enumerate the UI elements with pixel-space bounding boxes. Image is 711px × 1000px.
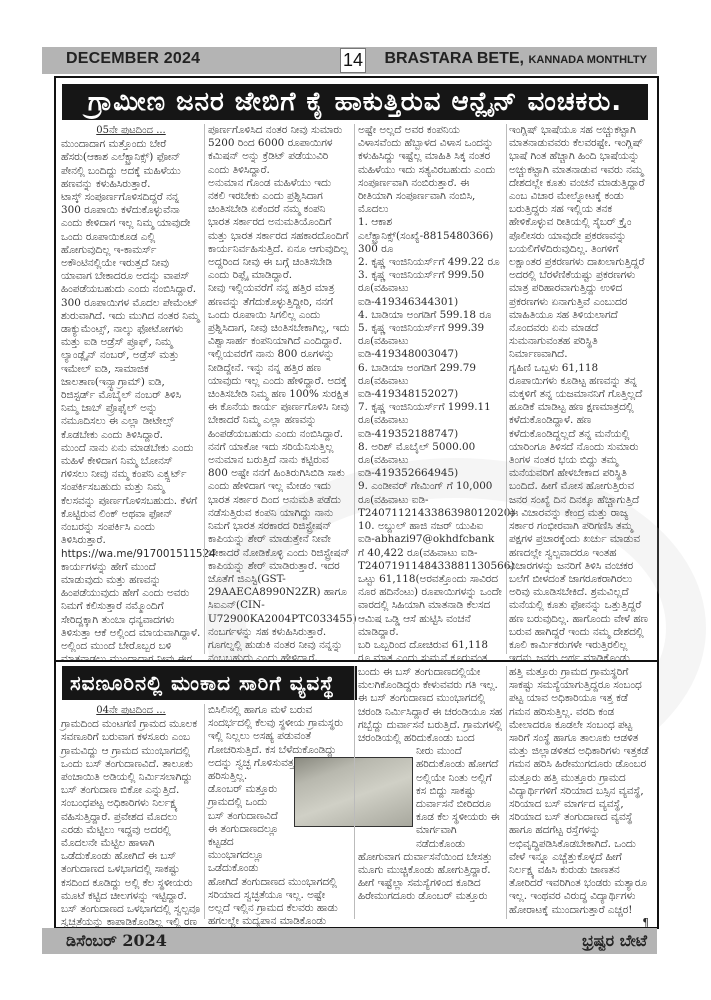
page-footer: ಡಿಸೆಂಬರ್ 2024 ಭ್ರಷ್ಟರ ಬೇಟೆ [42, 928, 657, 954]
paragraph: ಅಷ್ಟೇ ಅಲ್ಲದೆ ಅವರ ಕಂಪನಿಯ ವಿಳಾಸವೆಂದು ಹೆಬ್ಬ… [358, 124, 503, 216]
article-online-fraud: ಗ್ರಾಮೀಣ ಜನರ ಜೇಬಿಗೆ ಕೈ ಹಾಕುತ್ತಿರುವ ಆನ್ಲೈನ… [54, 76, 659, 663]
article-column-1: 04ನೇ ಪುಟದಿಂದ ... ಗ್ರಾಮದಿಂದ ಮಂಟಗಣಿ ಗ್ರಾಮದ… [61, 704, 201, 929]
paragraph: ಹೋಗುವಾಗ ದುರ್ವಾಸನೆಯಿಂದ ಬೇಸತ್ತು ಮೂಗು ಮುಚ್ಚ… [358, 851, 503, 904]
column-divider [506, 124, 507, 654]
continued-from-label: 04ನೇ ಪುಟದಿಂದ ... [61, 704, 201, 717]
paragraph: ಒಟ್ಟು 61,118(ಅರವತ್ತೊಂದು ಸಾವಿರದ ನೂರ ಹದಿನೆ… [358, 573, 503, 639]
publication-name: BRASTARA BETE, [384, 50, 524, 67]
whatsapp-link[interactable]: https://wa.me/917001511524 [61, 548, 201, 561]
article-headline: ಸವಣೂರಿನಲ್ಲಿ ಮಂಕಾದ ಸಾರಿಗೆ ವ್ಯವಸ್ಥೆ [62, 666, 357, 700]
paragraph: ನೀರು ಮುಂದೆ ಹರಿದುಕೊಂಡು ಹೋಗದೆ ಅಲ್ಲಿಯೇ ನಿಂತ… [416, 745, 503, 851]
column-divider [204, 124, 205, 654]
payment-item: 2. ಕೃಷ್ಣ ಇಂಜಿನಿಯರ್ಸ್‌ಗೆ 499.22 ರೂ [358, 256, 503, 269]
paragraph: ಹೋಗಿದೆ ತಂಗುದಾಣದ ಮುಂಭಾಗದಲ್ಲಿ ಸರಿಯಾದ ಸ್ವಚ್… [208, 876, 350, 929]
paragraph: ಮುಂದಾದಾಗ ಮತ್ತೊಂದು ಬೇರೆ ಹೆಸರು(ಆಕಾಶ ಎಲೆಕ್ಟ… [61, 138, 201, 191]
article-headline: ಗ್ರಾಮೀಣ ಜನರ ಜೇಬಿಗೆ ಕೈ ಹಾಕುತ್ತಿರುವ ಆನ್ಲೈನ… [62, 84, 648, 120]
article-column-4: ಹತ್ತಿ ಮತ್ತೂರು ಗ್ರಾಮದ ಗ್ರಾಮಸ್ಥರಿಗೆ ಸಾಕಷ್ಟ… [509, 666, 649, 930]
column-divider [204, 704, 205, 919]
continued-from-label: 05ನೇ ಪುಟದಿಂದ ... [61, 124, 201, 137]
article-column-4: ಇಂಗ್ಲಿಷ್ ಭಾಷೆಯೂ ಸಹ ಅಚ್ಚುಕಟ್ಟಾಗಿ ಮಾತನಾಡುವ… [509, 124, 649, 705]
column-divider [354, 666, 355, 919]
paragraph: ನನಗೆ ಯಾಕೋ ಇದು ಸರಿಯೆನಿಸುತ್ತಿಲ್ಲ ಅನುಮಾನ ಬರ… [208, 441, 350, 665]
page-header: DECEMBER 2024 14 BRASTARA BETE, KANNADA … [42, 47, 657, 74]
payment-item: 4. ಬಾಡಿಯಾ ಅಂಗಡಿಗೆ 599.18 ರೂ [358, 309, 503, 322]
paragraph: ಅನುಮಾನ ಗೊಂಡ ಮಹಿಳೆಯು ಇದು ನಕಲಿ ಇರಬೇಕು ಎಂದು… [208, 177, 350, 283]
payment-item: 3. ಕೃಷ್ಣ ಇಂಜಿನಿಯರ್ಸ್‌ಗೆ 999.50 ರೂ(ವಹಿವಾಟ… [358, 269, 503, 309]
paragraph: ಇಂಗ್ಲಿಷ್ ಭಾಷೆಯೂ ಸಹ ಅಚ್ಚುಕಟ್ಟಾಗಿ ಮಾತನಾಡುವ… [509, 124, 649, 362]
payment-item: 9. ಎಂಡೀವರ್ ಗೇಮಿಂಗ್ ಗೆ 10,000 ರೂ(ವಹಿವಾಟು … [358, 480, 503, 520]
article-savanur-transport: ಸವಣೂರಿನಲ್ಲಿ ಮಂಕಾದ ಸಾರಿಗೆ ವ್ಯವಸ್ಥೆ 04ನೇ ಪ… [54, 660, 659, 929]
paragraph: ಪೂರ್ಣಗೊಳಿಸಿದ ನಂತರ ನೀವು ಸುಮಾರು 5200 ರಿಂದ … [208, 124, 350, 177]
paragraph: ಮುಂದೆ ನಾನು ಏನು ಮಾಡಬೇಕು ಎಂದು ಮಹಿಳೆ ಕೇಳಿದಾ… [61, 442, 201, 548]
paragraph: ಗ್ರಾಮದಿಂದ ಮಂಟಗಣಿ ಗ್ರಾಮದ ಮೂಲಕ ಸವಣೂರಿಗೆ ಬರ… [61, 718, 201, 929]
paragraph: ಹತ್ತಿ ಮತ್ತೂರು ಗ್ರಾಮದ ಗ್ರಾಮಸ್ಥರಿಗೆ ಸಾಕಷ್ಟ… [509, 666, 649, 917]
paragraph: ಬಂದು ಈ ಬಸ್ ತಂಗುದಾಣದಲ್ಲಿಯೇ ಮಲಗಿಕೊಂಡಿದ್ದರು… [358, 666, 503, 745]
payment-item: 8. ಅರಿಶ್ ಮೊಬೈಲ್ 5000.00 ರೂ(ವಹಿವಾಟು ಐಡಿ-4… [358, 441, 503, 481]
page-number: 14 [340, 48, 366, 73]
payment-item: 10. ಅಬ್ದುಲ್ ಹಾಜಿ ನಜರ್ ಯುಪಿಐ ಐಡಿ-abhazi97… [358, 520, 503, 573]
column-divider [506, 666, 507, 919]
article-column-3: ಬಂದು ಈ ಬಸ್ ತಂಗುದಾಣದಲ್ಲಿಯೇ ಮಲಗಿಕೊಂಡಿದ್ದರು… [358, 666, 503, 904]
footer-date: ಡಿಸೆಂಬರ್ 2024 [66, 931, 167, 951]
footer-publication: ಭ್ರಷ್ಟರ ಬೇಟೆ [582, 931, 647, 951]
column-divider [354, 124, 355, 654]
payment-item: 5. ಕೃಷ್ಣ ಇಂಜಿನಿಯರ್ಸ್‌ಗೆ 999.39 ರೂ(ವಹಿವಾಟ… [358, 322, 503, 362]
paragraph: ಕಾರ್ಯಗಳನ್ನು ಹೇಗೆ ಮುಂದೆ ಮಾಡುವುದು ಮತ್ತು ಹಣ… [61, 561, 201, 640]
publication-subtitle: KANNADA MONTHLTY [528, 54, 647, 66]
publication-title: BRASTARA BETE, KANNADA MONTHLTY [384, 50, 647, 68]
article-column-1: 05ನೇ ಪುಟದಿಂದ ... ಮುಂದಾದಾಗ ಮತ್ತೊಂದು ಬೇರೆ … [61, 124, 201, 706]
paragraph: ಡೊಂಬರ್ ಮತ್ತೂರು ಗ್ರಾಮದಲ್ಲಿ ಒಂದು ಬಸ್ ತಂಗುದ… [208, 783, 286, 875]
payment-item: 1. ಆಕಾಶ ಎಲೆಕ್ಟ್ರಾನಿಕ್ಸ್(ಸಂಖ್ಯೆ-881548036… [358, 216, 503, 256]
paragraph: ಟಾಸ್ಕ್ ಸಂಪೂರ್ಣಗೊಳಿಸದಿದ್ದರೆ ನನ್ನ 300 ರೂಪಾ… [61, 191, 201, 442]
payment-item: 7. ಕೃಷ್ಣ ಇಂಜಿನಿಯರ್ಸ್‌ಗೆ 1999.11 ರೂ(ವಹಿವಾ… [358, 401, 503, 441]
paragraph: ನೀವು ಇಲ್ಲಿಯವರೆಗೆ ನನ್ನ ಹತ್ತಿರ ಮಾತ್ರ ಹಣವನ್… [208, 282, 350, 440]
article-column-2: ಪೂರ್ಣಗೊಳಿಸಿದ ನಂತರ ನೀವು ಸುಮಾರು 5200 ರಿಂದ … [208, 124, 350, 665]
paragraph: ಗೃಹಿಣಿ ಒಬ್ಬಳು 61,118 ರೂಪಾಯಿಗಳು ಕೂಡಿಟ್ಟ ಹ… [509, 362, 649, 692]
payment-item: 6. ಬಾಡಿಯಾ ಅಂಗಡಿಗೆ 299.79 ರೂ(ವಹಿವಾಟು ಐಡಿ-… [358, 362, 503, 402]
header-date: DECEMBER 2024 [66, 50, 200, 68]
